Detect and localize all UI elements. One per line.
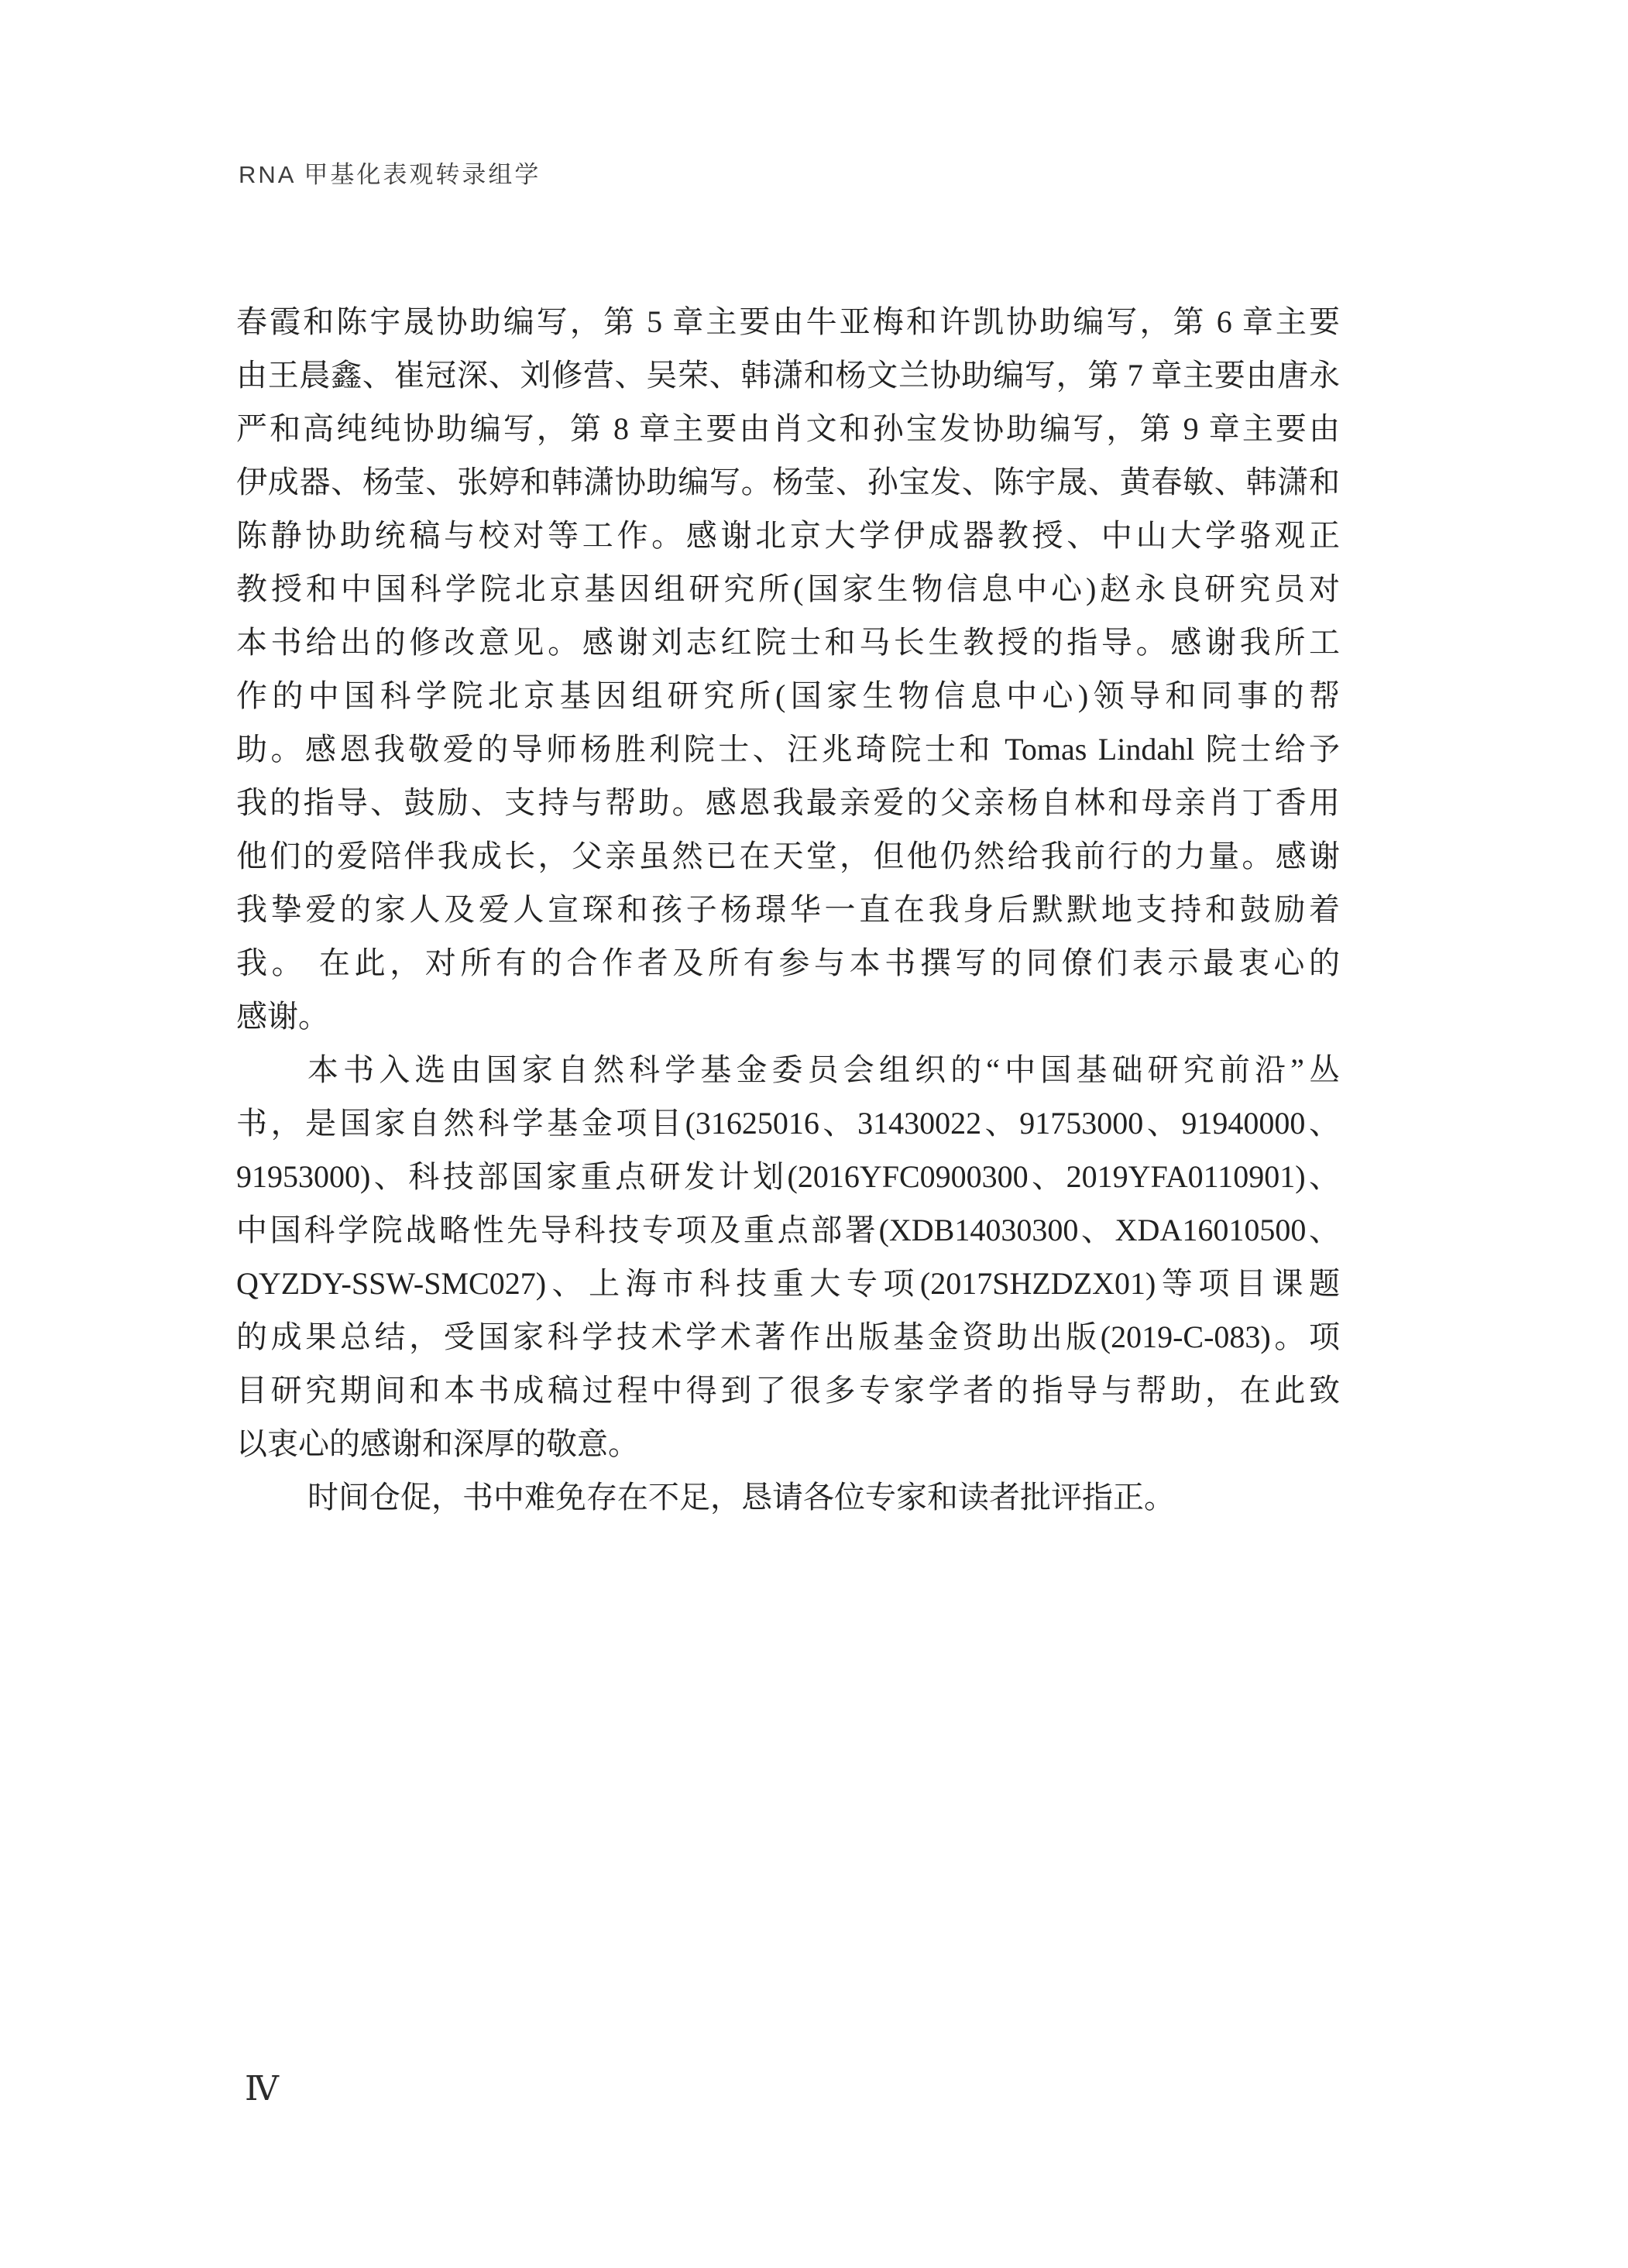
text-line: 我的指导、鼓励、支持与帮助。感恩我最亲爱的父亲杨自林和母亲肖丁香用 <box>236 776 1340 829</box>
text-line: 由王晨鑫、崔冠深、刘修营、吴荣、韩潇和杨文兰协助编写，第 7 章主要由唐永 <box>236 348 1340 402</box>
text-line: 严和高纯纯协助编写，第 8 章主要由肖文和孙宝发协助编写，第 9 章主要由 <box>236 402 1340 455</box>
running-header: RNA 甲基化表观转录组学 <box>239 155 541 190</box>
text-line: 他们的爱陪伴我成长，父亲虽然已在天堂，但他仍然给我前行的力量。感谢 <box>236 829 1340 883</box>
text-line: 以衷心的感谢和深厚的敬意。 <box>236 1417 1340 1470</box>
text-line: 书，是国家自然科学基金项目(31625016、31430022、91753000… <box>236 1096 1340 1150</box>
text-line: 时间仓促，书中难免存在不足，恳请各位专家和读者批评指正。 <box>307 1470 1340 1524</box>
text-line: 的成果总结，受国家科学技术学术著作出版基金资助出版(2019-C-083)。项 <box>236 1310 1340 1364</box>
text-line: 陈静协助统稿与校对等工作。感谢北京大学伊成器教授、中山大学骆观正 <box>236 509 1340 562</box>
text-line: 伊成器、杨莹、张婷和韩潇协助编写。杨莹、孙宝发、陈宇晟、黄春敏、韩潇和 <box>236 455 1340 509</box>
page-number: Ⅳ <box>245 2069 279 2108</box>
text-line: 目研究期间和本书成稿过程中得到了很多专家学者的指导与帮助，在此致 <box>236 1364 1340 1417</box>
text-line: 本书入选由国家自然科学基金委员会组织的“中国基础研究前沿”丛 <box>307 1043 1340 1096</box>
text-line: 91953000)、科技部国家重点研发计划(2016YFC0900300、201… <box>236 1150 1340 1203</box>
body-text: 春霞和陈宇晟协助编写，第 5 章主要由牛亚梅和许凯协助编写，第 6 章主要由王晨… <box>236 295 1340 1524</box>
text-line: 助。感恩我敬爱的导师杨胜利院士、汪兆琦院士和 Tomas Lindahl 院士给… <box>236 722 1340 776</box>
text-line: 感谢。 <box>236 990 1340 1043</box>
text-line: 我挚爱的家人及爱人宣琛和孩子杨璟华一直在我身后默默地支持和鼓励着 <box>236 883 1340 936</box>
text-line: 中国科学院战略性先导科技专项及重点部署(XDB14030300、XDA16010… <box>236 1203 1340 1257</box>
text-line: 教授和中国科学院北京基因组研究所(国家生物信息中心)赵永良研究员对 <box>236 562 1340 616</box>
text-line: 作的中国科学院北京基因组研究所(国家生物信息中心)领导和同事的帮 <box>236 669 1340 722</box>
text-line: 春霞和陈宇晟协助编写，第 5 章主要由牛亚梅和许凯协助编写，第 6 章主要 <box>236 295 1340 348</box>
text-line: QYZDY-SSW-SMC027)、上海市科技重大专项(2017SHZDZX01… <box>236 1257 1340 1310</box>
text-line: 本书给出的修改意见。感谢刘志红院士和马长生教授的指导。感谢我所工 <box>236 616 1340 669</box>
text-line: 我。 在此，对所有的合作者及所有参与本书撰写的同僚们表示最衷心的 <box>236 936 1340 990</box>
book-page: RNA 甲基化表观转录组学 春霞和陈宇晟协助编写，第 5 章主要由牛亚梅和许凯协… <box>0 0 1628 2268</box>
